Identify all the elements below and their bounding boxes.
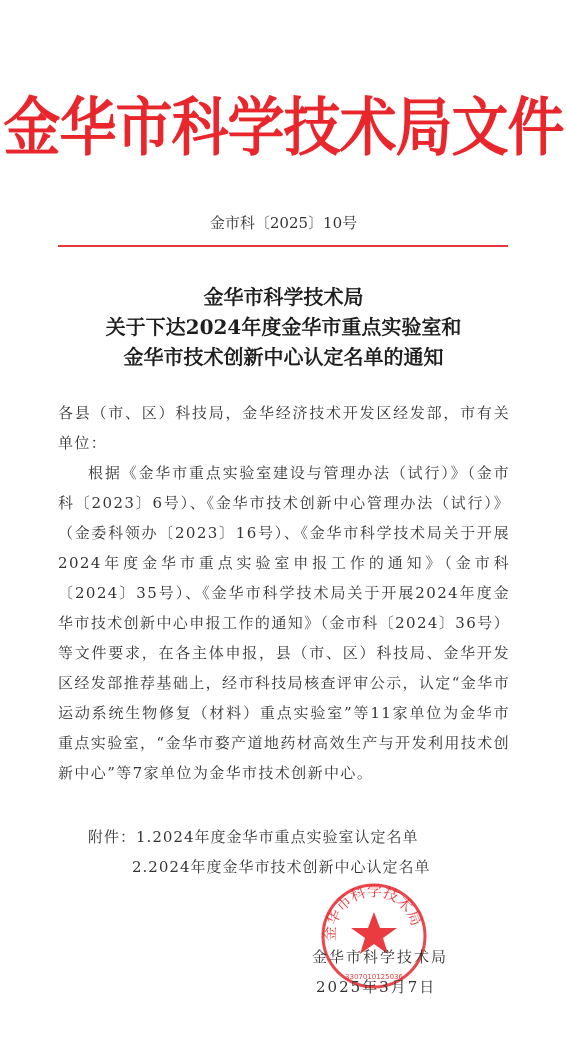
attachments: 附件：1.2024年度金华市重点实验室认定名单 2.2024年度金华市技术创新中… — [88, 822, 431, 882]
notice-body: 各县（市、区）科技局，金华经济技术开发区经发部，市有关单位： 根据《金华市重点实… — [58, 398, 510, 788]
title-line-3: 金华市技术创新中心认定名单的通知 — [0, 342, 567, 372]
attachment-item: 1.2024年度金华市重点实验室认定名单 — [136, 828, 419, 846]
red-divider — [58, 245, 508, 247]
masthead-title: 金华市科学技术局文件 — [0, 89, 567, 167]
title-line-2: 关于下达2024年度金华市重点实验室和 — [0, 312, 567, 342]
salutation: 各县（市、区）科技局，金华经济技术开发区经发部，市有关单位： — [58, 398, 510, 458]
attachments-label: 附件： — [88, 828, 136, 846]
signature-org: 金华市科学技术局 — [312, 942, 448, 972]
document-number: 金市科〔2025〕10号 — [0, 212, 567, 233]
signature-date: 2025年3月7日 — [312, 972, 448, 1002]
signature-block: 金华市科学技术局 2025年3月7日 — [312, 942, 448, 1002]
body-paragraph: 根据《金华市重点实验室建设与管理办法（试行）》（金市科〔2023〕6号）、《金华… — [58, 458, 510, 788]
notice-title: 金华市科学技术局 关于下达2024年度金华市重点实验室和 金华市技术创新中心认定… — [0, 282, 567, 372]
attachment-item: 2.2024年度金华市技术创新中心认定名单 — [132, 858, 431, 876]
title-line-1: 金华市科学技术局 — [0, 282, 567, 312]
